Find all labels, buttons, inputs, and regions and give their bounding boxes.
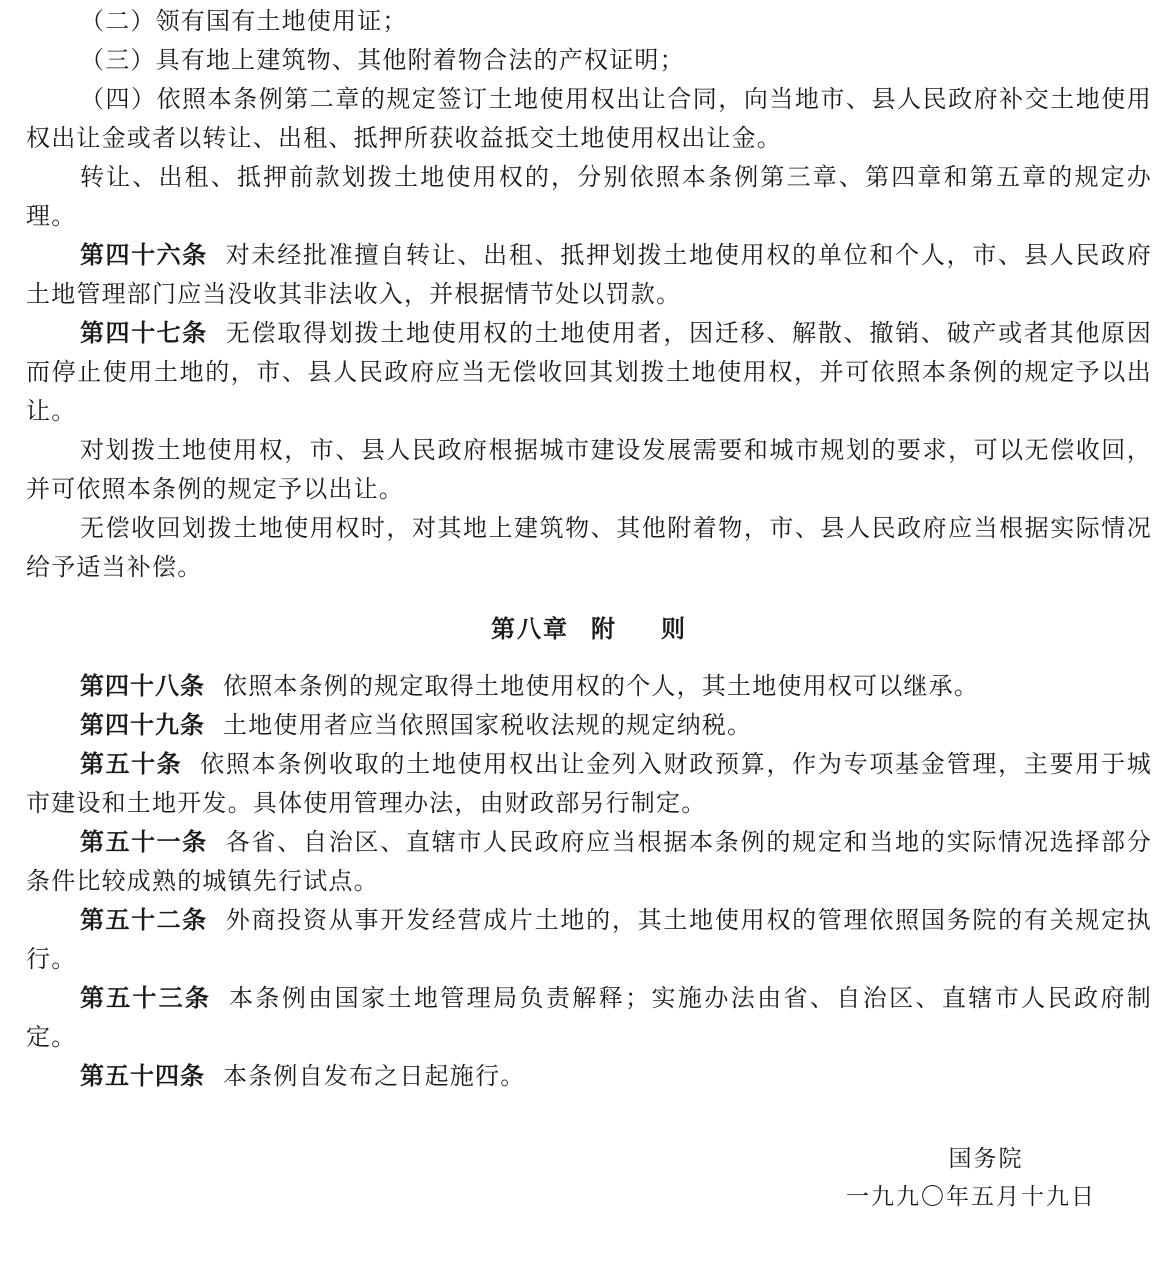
article-number: 第四十七条 — [80, 319, 208, 347]
issue-date: 一九九〇年五月十九日 — [836, 1178, 1106, 1216]
article-text: 依照本条例收取的土地使用权出让金列入财政预算，作为专项基金管理，主要用于城市建设… — [26, 750, 1152, 817]
article-number: 第五十条 — [80, 750, 182, 778]
article-number: 第五十四条 — [80, 1062, 205, 1090]
paragraph-compensation: 无偿收回划拨土地使用权时，对其地上建筑物、其他附着物，市、县人民政府应当根据实际… — [26, 509, 1152, 587]
article-51: 第五十一条各省、自治区、直辖市人民政府应当根据本条例的规定和当地的实际情况选择部… — [26, 823, 1152, 901]
paragraph-reclaim: 对划拨土地使用权，市、县人民政府根据城市建设发展需要和城市规划的要求，可以无偿收… — [26, 431, 1152, 509]
paragraph-text: （二）领有国有土地使用证； — [80, 7, 408, 35]
article-text: 本条例自发布之日起施行。 — [223, 1062, 525, 1090]
chapter-title-part2: 则 — [661, 615, 687, 643]
article-text: 依照本条例的规定取得土地使用权的个人，其土地使用权可以继承。 — [223, 672, 979, 700]
article-46: 第四十六条对未经批准擅自转让、出租、抵押划拨土地使用权的单位和个人，市、县人民政… — [26, 236, 1152, 314]
article-54: 第五十四条本条例自发布之日起施行。 — [26, 1057, 1152, 1096]
paragraph-item-4: （四）依照本条例第二章的规定签订土地使用权出让合同，向当地市、县人民政府补交土地… — [26, 80, 1152, 158]
paragraph-text: 无偿收回划拨土地使用权时，对其地上建筑物、其他附着物，市、县人民政府应当根据实际… — [26, 514, 1152, 581]
chapter-title-part1: 附 — [591, 615, 617, 643]
article-47: 第四十七条无偿取得划拨土地使用权的土地使用者，因迁移、解散、撤销、破产或者其他原… — [26, 314, 1152, 431]
article-53: 第五十三条本条例由国家土地管理局负责解释；实施办法由省、自治区、直辖市人民政府制… — [26, 979, 1152, 1057]
article-52: 第五十二条外商投资从事开发经营成片土地的，其土地使用权的管理依照国务院的有关规定… — [26, 901, 1152, 979]
paragraph-item-2: （二）领有国有土地使用证； — [26, 2, 1152, 41]
article-number: 第五十三条 — [80, 984, 211, 1012]
article-number: 第四十八条 — [80, 672, 205, 700]
article-number: 第五十一条 — [80, 828, 208, 856]
paragraph-text: （三）具有地上建筑物、其他附着物合法的产权证明； — [80, 46, 685, 74]
article-49: 第四十九条土地使用者应当依照国家税收法规的规定纳税。 — [26, 706, 1152, 745]
article-number: 第四十六条 — [80, 241, 208, 269]
chapter-number: 第八章 — [491, 615, 569, 643]
paragraph-text: （四）依照本条例第二章的规定签订土地使用权出让合同，向当地市、县人民政府补交土地… — [26, 85, 1152, 152]
paragraph-text: 对划拨土地使用权，市、县人民政府根据城市建设发展需要和城市规划的要求，可以无偿收… — [26, 436, 1152, 503]
article-text: 土地使用者应当依照国家税收法规的规定纳税。 — [223, 711, 752, 739]
article-number: 第四十九条 — [80, 711, 205, 739]
article-50: 第五十条依照本条例收取的土地使用权出让金列入财政预算，作为专项基金管理，主要用于… — [26, 745, 1152, 823]
paragraph-transfer-rules: 转让、出租、抵押前款划拨土地使用权的，分别依照本条例第三章、第四章和第五章的规定… — [26, 158, 1152, 236]
document-page: （二）领有国有土地使用证； （三）具有地上建筑物、其他附着物合法的产权证明； （… — [26, 2, 1152, 1096]
signature-block: 国务院 一九九〇年五月十九日 — [836, 1140, 1106, 1216]
chapter-heading: 第八章附则 — [26, 609, 1152, 649]
article-48: 第四十八条依照本条例的规定取得土地使用权的个人，其土地使用权可以继承。 — [26, 667, 1152, 706]
paragraph-text: 转让、出租、抵押前款划拨土地使用权的，分别依照本条例第三章、第四章和第五章的规定… — [26, 163, 1152, 230]
paragraph-item-3: （三）具有地上建筑物、其他附着物合法的产权证明； — [26, 41, 1152, 80]
issuer-name: 国务院 — [836, 1140, 1106, 1178]
article-number: 第五十二条 — [80, 906, 208, 934]
